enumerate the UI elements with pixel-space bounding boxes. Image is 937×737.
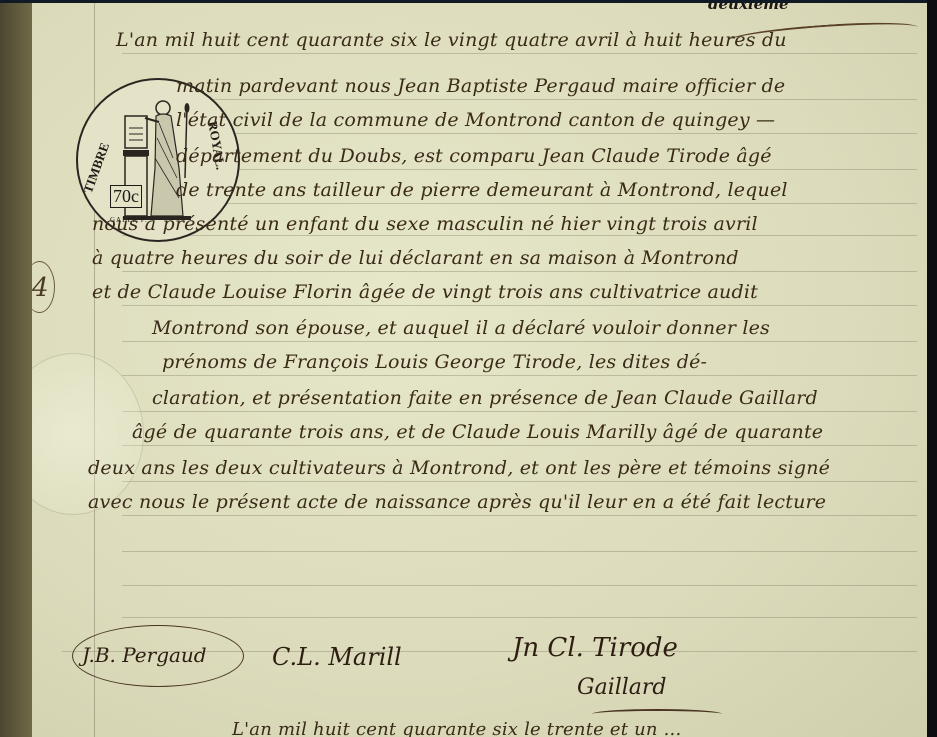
text-line-8: et de Claude Louise Florin âgée de vingt… bbox=[92, 281, 758, 303]
ruled-line bbox=[122, 203, 917, 204]
ruled-line bbox=[122, 617, 917, 618]
ruled-line bbox=[122, 133, 917, 134]
signature-pergaud: J.B. Pergaud bbox=[82, 643, 207, 667]
text-line-13: deux ans les deux cultivateurs à Montron… bbox=[88, 457, 830, 479]
ruled-line bbox=[122, 53, 917, 54]
ruled-line bbox=[122, 235, 917, 236]
signature-marilly: C.L. Marill bbox=[272, 643, 402, 671]
text-line-12: âgé de quarante trois ans, et de Claude … bbox=[132, 421, 823, 443]
frame-edge bbox=[927, 0, 937, 737]
ruled-line bbox=[122, 375, 917, 376]
ruled-line bbox=[122, 99, 917, 100]
text-line-11: claration, et présentation faite en prés… bbox=[152, 387, 818, 409]
ruled-line bbox=[122, 445, 917, 446]
text-line-3: l'état civil de la commune de Montrond c… bbox=[176, 109, 775, 131]
ruled-line bbox=[122, 305, 917, 306]
entry-number: 4 bbox=[32, 273, 49, 303]
text-line-4: département du Doubs, est comparu Jean C… bbox=[176, 145, 772, 167]
text-line-10: prénoms de François Louis George Tirode,… bbox=[162, 351, 707, 373]
text-line-9: Montrond son épouse, et auquel il a décl… bbox=[152, 317, 770, 339]
ruled-line bbox=[122, 169, 917, 170]
stamp-value: 70c bbox=[110, 185, 142, 208]
ruled-line bbox=[122, 411, 917, 412]
ruled-line bbox=[122, 481, 917, 482]
register-page: deuxieme 4 TIMBRE ROYAL. 70c GALLE F. L'… bbox=[32, 3, 927, 737]
signature-gaillard: Gaillard bbox=[577, 675, 667, 700]
text-line-7: à quatre heures du soir de lui déclarant… bbox=[92, 247, 739, 269]
ruled-line bbox=[122, 585, 917, 586]
top-note: deuxieme bbox=[708, 3, 789, 13]
book-binding-edge bbox=[0, 3, 32, 737]
text-line-2: matin pardevant nous Jean Baptiste Perga… bbox=[176, 75, 785, 97]
text-line-1: L'an mil huit cent quarante six le vingt… bbox=[116, 29, 787, 51]
next-entry-text: L'an mil huit cent quarante six le trent… bbox=[232, 719, 681, 737]
signature-underline bbox=[592, 709, 722, 719]
signature-tirode: Jn Cl. Tirode bbox=[512, 633, 678, 663]
text-line-6: nous a présenté un enfant du sexe mascul… bbox=[92, 213, 758, 235]
ruled-line bbox=[122, 515, 917, 516]
ruled-line bbox=[122, 341, 917, 342]
ruled-line bbox=[122, 271, 917, 272]
text-line-5: de trente ans tailleur de pierre demeura… bbox=[176, 179, 788, 201]
text-line-14: avec nous le présent acte de naissance a… bbox=[88, 491, 826, 513]
stamp-text-timbre: TIMBRE bbox=[80, 140, 113, 195]
ruled-line bbox=[122, 551, 917, 552]
